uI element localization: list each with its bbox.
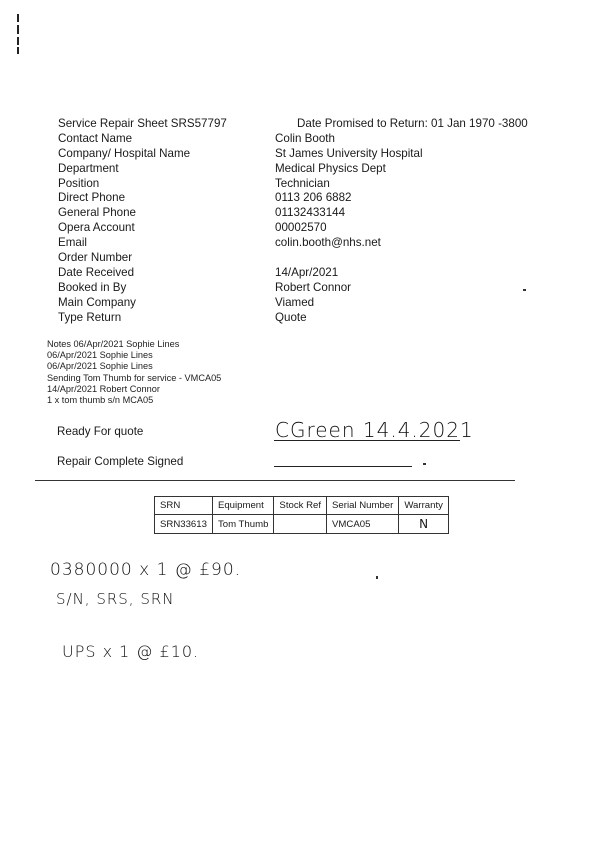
cell-equipment: Tom Thumb	[212, 515, 273, 534]
field-row: PositionTechnician	[58, 177, 558, 192]
cell-serial-number: VMCA05	[327, 515, 399, 534]
field-value: 0113 206 6882	[275, 191, 352, 206]
section-divider	[35, 480, 515, 481]
handwritten-line: 0380000 x 1 @ £90.	[50, 560, 241, 580]
field-label: Direct Phone	[58, 191, 125, 206]
cell-stock-ref	[274, 515, 327, 534]
cell-srn: SRN33613	[155, 515, 213, 534]
ready-for-quote-label: Ready For quote	[57, 425, 143, 438]
field-label: Contact Name	[58, 132, 132, 147]
note-line: 06/Apr/2021 Sophie Lines	[47, 361, 221, 372]
field-label: Type Return	[58, 311, 121, 326]
field-label: Date Received	[58, 266, 134, 281]
field-label: Booked in By	[58, 281, 126, 296]
note-line: 06/Apr/2021 Sophie Lines	[47, 350, 221, 361]
field-value: 14/Apr/2021	[275, 266, 338, 281]
repair-complete-label: Repair Complete Signed	[57, 455, 183, 468]
column-header: Warranty	[399, 497, 449, 515]
field-value: colin.booth@nhs.net	[275, 236, 381, 251]
field-value: Viamed	[275, 296, 314, 311]
sheet-title: Service Repair Sheet SRS57797	[58, 117, 227, 132]
note-line: 14/Apr/2021 Robert Connor	[47, 384, 221, 395]
note-line: Sending Tom Thumb for service - VMCA05	[47, 373, 221, 384]
repair-complete-signature-line	[274, 466, 412, 467]
field-value: Robert Connor	[275, 281, 351, 296]
field-label: Position	[58, 177, 99, 192]
ready-signature: CGreen 14.4.2021	[275, 418, 474, 442]
field-value: 01132433144	[275, 206, 345, 221]
field-label: Opera Account	[58, 221, 135, 236]
sheet-header-row: Service Repair Sheet SRS57797 Date Promi…	[58, 117, 558, 132]
scan-speck	[523, 289, 526, 291]
field-row: General Phone01132433144	[58, 206, 558, 221]
repair-sheet-fields: Service Repair Sheet SRS57797 Date Promi…	[58, 117, 558, 325]
field-row: Order Number	[58, 251, 558, 266]
field-value: 00002570	[275, 221, 327, 236]
field-value: Quote	[275, 311, 307, 326]
field-row: Company/ Hospital NameSt James Universit…	[58, 147, 558, 162]
notes-block: Notes 06/Apr/2021 Sophie Lines 06/Apr/20…	[47, 339, 221, 406]
field-label: Department	[58, 162, 119, 177]
field-row: Opera Account00002570	[58, 221, 558, 236]
cell-warranty: N	[399, 515, 449, 534]
table-header-row: SRN Equipment Stock Ref Serial Number Wa…	[155, 497, 449, 515]
field-value: Colin Booth	[275, 132, 335, 147]
equipment-table: SRN Equipment Stock Ref Serial Number Wa…	[154, 496, 449, 534]
field-row: Date Received14/Apr/2021	[58, 266, 558, 281]
field-row: DepartmentMedical Physics Dept	[58, 162, 558, 177]
field-label: Email	[58, 236, 87, 251]
ready-signature-line	[274, 440, 460, 441]
handwritten-line: UPS x 1 @ £10.	[62, 642, 199, 661]
handwritten-line: S/N, SRS, SRN	[56, 590, 175, 608]
field-label: General Phone	[58, 206, 136, 221]
field-row: Type ReturnQuote	[58, 311, 558, 326]
column-header: Serial Number	[327, 497, 399, 515]
table-row: SRN33613 Tom Thumb VMCA05 N	[155, 515, 449, 534]
column-header: Stock Ref	[274, 497, 327, 515]
field-row: Contact NameColin Booth	[58, 132, 558, 147]
scan-speck	[376, 576, 378, 579]
scan-margin-mark	[17, 14, 20, 54]
field-value: Technician	[275, 177, 330, 192]
field-row: Direct Phone0113 206 6882	[58, 191, 558, 206]
scan-speck	[423, 463, 426, 465]
note-line: 1 x tom thumb s/n MCA05	[47, 395, 221, 406]
field-value: St James University Hospital	[275, 147, 423, 162]
column-header: Equipment	[212, 497, 273, 515]
field-value: Medical Physics Dept	[275, 162, 386, 177]
field-row: Emailcolin.booth@nhs.net	[58, 236, 558, 251]
field-row: Booked in ByRobert Connor	[58, 281, 558, 296]
field-label: Company/ Hospital Name	[58, 147, 190, 162]
field-row: Main CompanyViamed	[58, 296, 558, 311]
field-label: Main Company	[58, 296, 136, 311]
date-promised: Date Promised to Return: 01 Jan 1970 -38…	[297, 117, 528, 132]
note-line: Notes 06/Apr/2021 Sophie Lines	[47, 339, 221, 350]
column-header: SRN	[155, 497, 213, 515]
field-label: Order Number	[58, 251, 132, 266]
